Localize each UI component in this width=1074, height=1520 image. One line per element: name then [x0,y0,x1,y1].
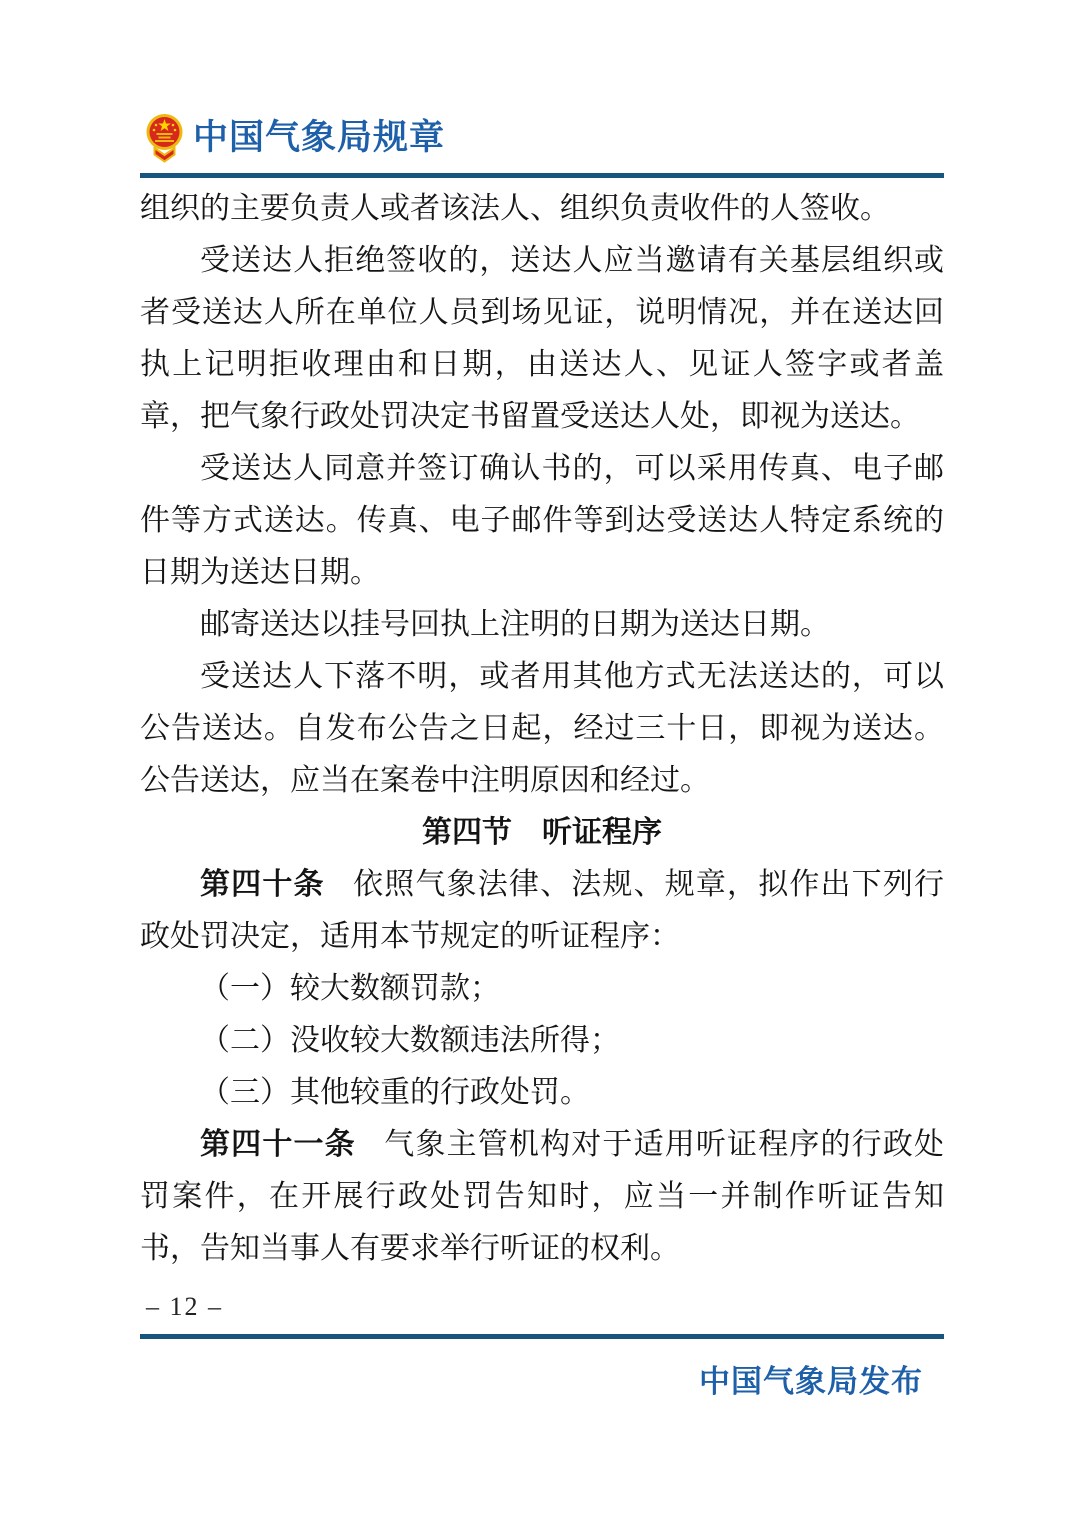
article-number: 第四十一条 [200,1128,356,1161]
paragraph: 组织的主要负责人或者该法人、组织负责收件的人签收。 [140,183,944,235]
page-number: – 12 – [146,1292,223,1322]
paragraph: 第四十一条气象主管机构对于适用听证程序的行政处罚案件，在开展行政处罚告知时，应当… [140,1119,944,1275]
page-header: 中国气象局规章 [146,112,445,164]
header-rule [140,173,944,178]
section-heading: 第四节 听证程序 [140,807,944,859]
paragraph: 邮寄送达以挂号回执上注明的日期为送达日期。 [140,599,944,651]
header-title: 中国气象局规章 [193,112,445,164]
list-item: （三）其他较重的行政处罚。 [140,1067,944,1119]
paragraph: 受送达人同意并签订确认书的，可以采用传真、电子邮件等方式送达。传真、电子邮件等到… [140,443,944,599]
paragraph: 受送达人下落不明，或者用其他方式无法送达的，可以公告送达。自发布公告之日起，经过… [140,651,944,807]
paragraph: 第四十条依照气象法律、法规、规章，拟作出下列行政处罚决定，适用本节规定的听证程序… [140,859,944,963]
publisher-label: 中国气象局发布 [699,1356,923,1401]
paragraph: 受送达人拒绝签收的，送达人应当邀请有关基层组织或者受送达人所在单位人员到场见证，… [140,235,944,443]
list-item: （一）较大数额罚款； [140,963,944,1015]
national-emblem-icon [146,112,183,164]
document-body: 组织的主要负责人或者该法人、组织负责收件的人签收。 受送达人拒绝签收的，送达人应… [140,183,944,1275]
article-number: 第四十条 [200,868,325,901]
list-item: （二）没收较大数额违法所得； [140,1015,944,1067]
footer-rule [140,1334,944,1339]
document-page: 中国气象局规章 组织的主要负责人或者该法人、组织负责收件的人签收。 受送达人拒绝… [0,0,1074,1520]
